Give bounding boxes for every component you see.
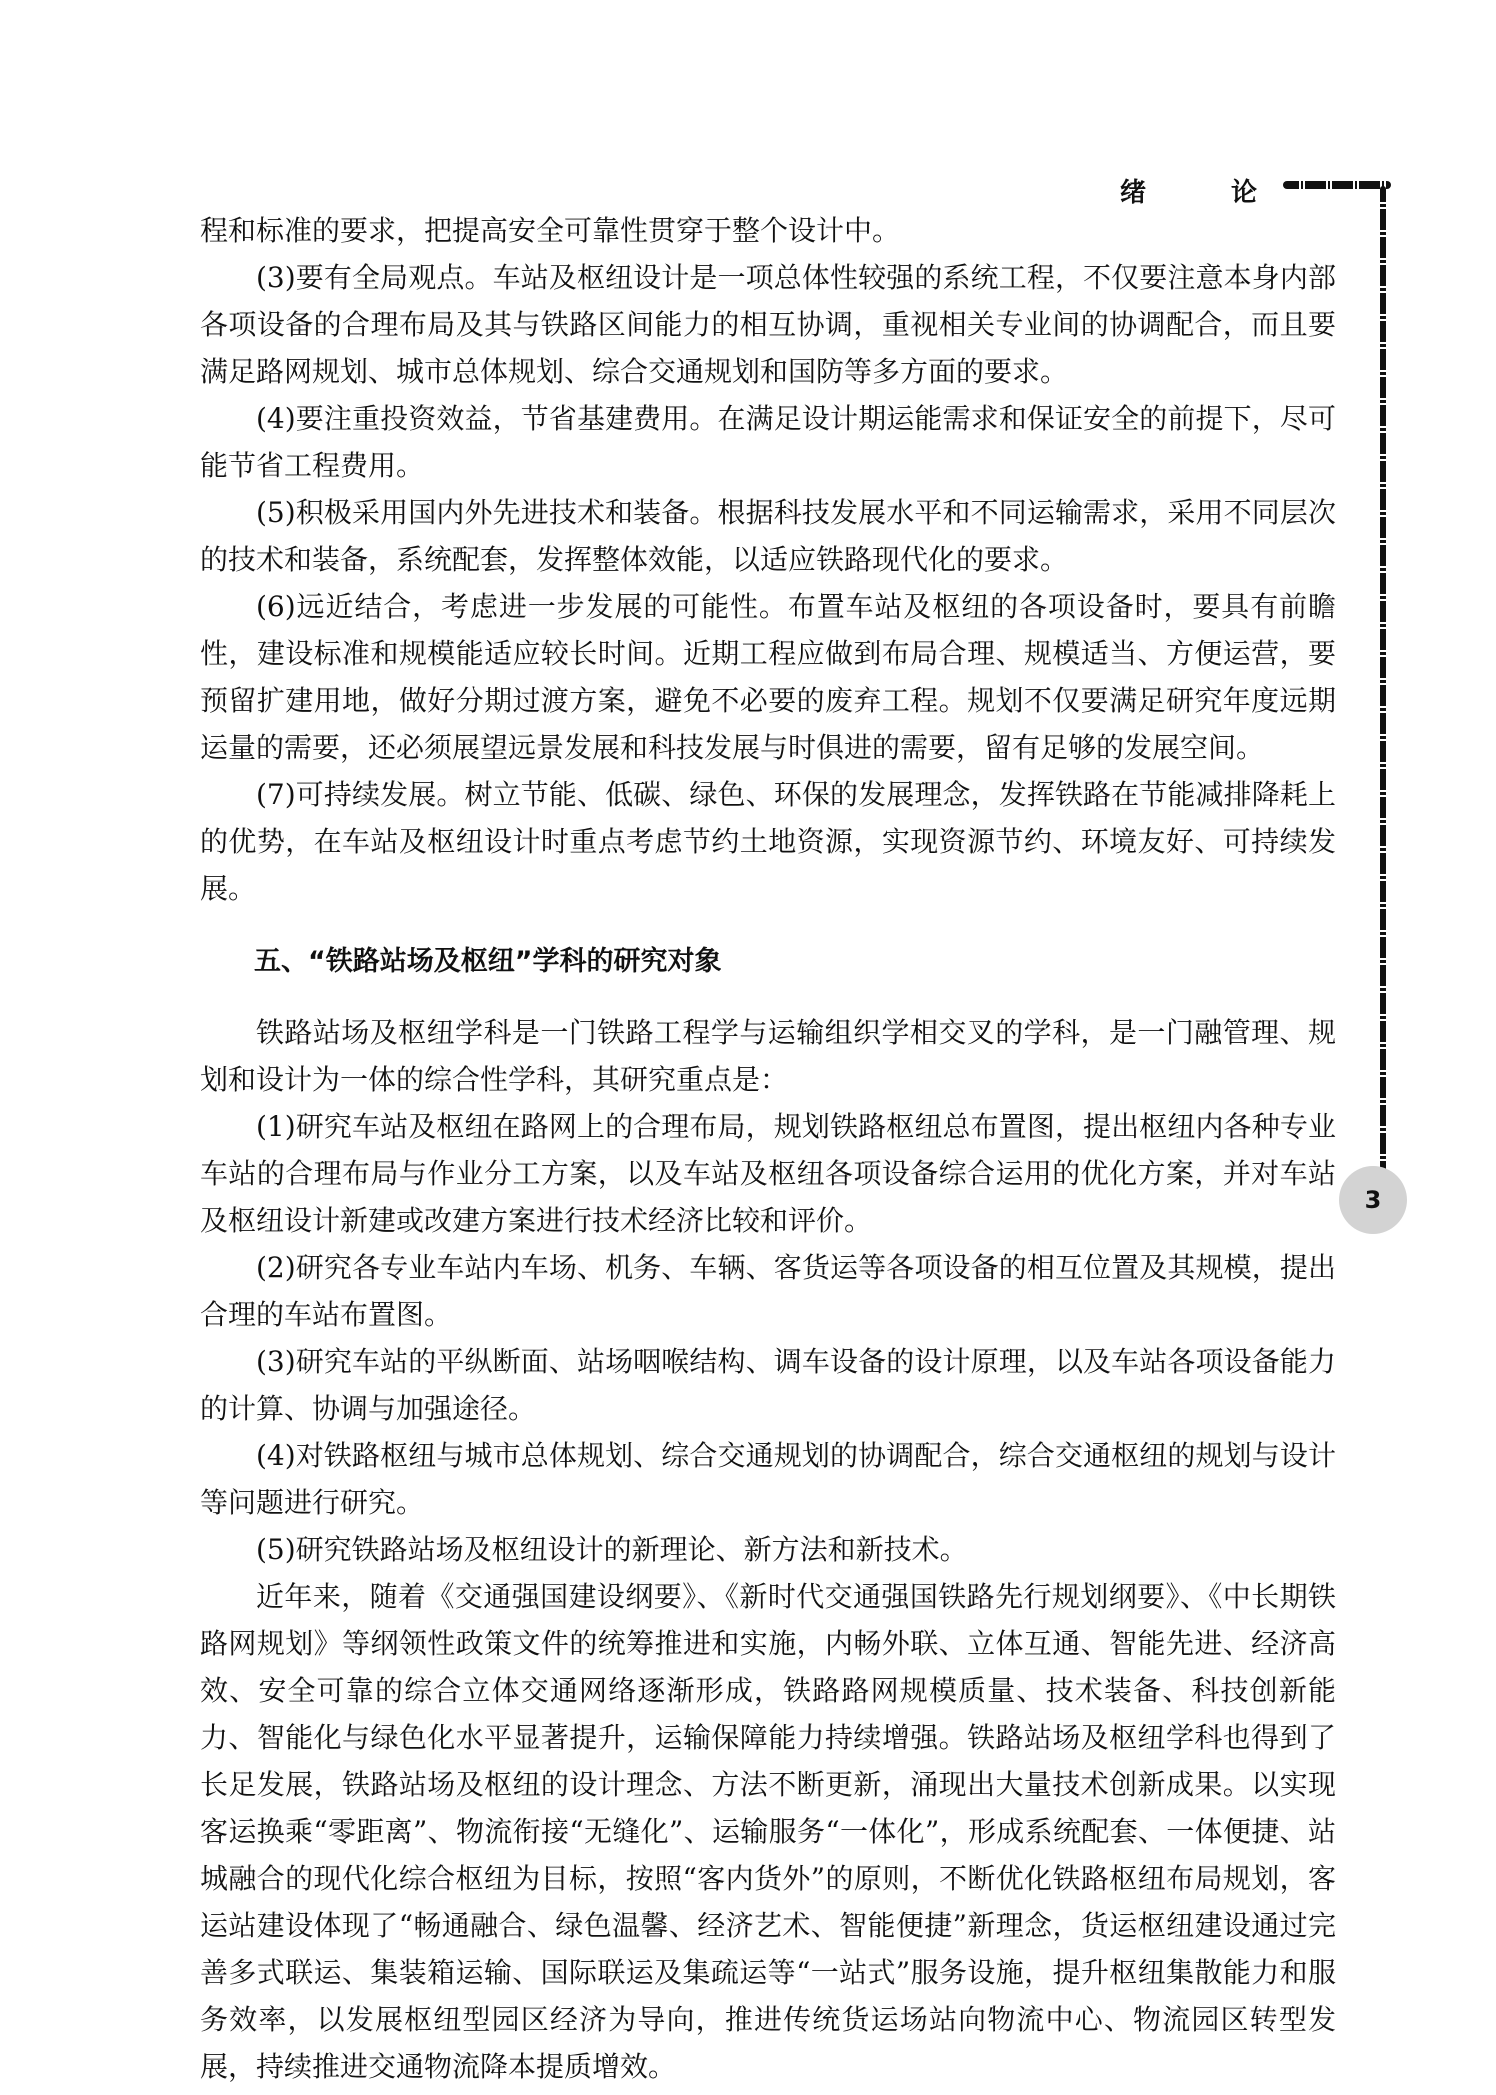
research-item-5: (5)研究铁路站场及枢纽设计的新理论、新方法和新技术。 [200,1526,1336,1573]
section-intro-paragraph: 铁路站场及枢纽学科是一门铁路工程学与运输组织学相交叉的学科，是一门融管理、规划和… [200,1009,1336,1103]
research-item-4: (4)对铁路枢纽与城市总体规划、综合交通规划的协调配合，综合交通枢纽的规划与设计… [200,1432,1336,1526]
decorative-chain-border-horizontal [1283,181,1391,189]
paragraph-principle-5: (5)积极采用国内外先进技术和装备。根据科技发展水平和不同运输需求，采用不同层次… [200,489,1336,583]
paragraph-principle-3: (3)要有全局观点。车站及枢纽设计是一项总体性较强的系统工程，不仅要注意本身内部… [200,254,1336,395]
paragraph-continuation: 程和标准的要求，把提高安全可靠性贯穿于整个设计中。 [200,207,1336,254]
page-body: 程和标准的要求，把提高安全可靠性贯穿于整个设计中。 (3)要有全局观点。车站及枢… [200,207,1336,2090]
chapter-title: 绪 论 [1120,172,1295,209]
section-heading: 五、“铁路站场及枢纽”学科的研究对象 [200,942,1336,982]
research-item-3: (3)研究车站的平纵断面、站场咽喉结构、调车设备的设计原理，以及车站各项设备能力… [200,1338,1336,1432]
research-item-2: (2)研究各专业车站内车场、机务、车辆、客货运等各项设备的相互位置及其规模，提出… [200,1244,1336,1338]
paragraph-principle-7: (7)可持续发展。树立节能、低碳、绿色、环保的发展理念，发挥铁路在节能减排降耗上… [200,771,1336,912]
decorative-chain-border-vertical [1380,186,1386,1171]
page-number-badge: 3 [1339,1166,1407,1234]
recent-developments-paragraph: 近年来，随着《交通强国建设纲要》、《新时代交通强国铁路先行规划纲要》、《中长期铁… [200,1573,1336,2090]
paragraph-principle-6: (6)远近结合，考虑进一步发展的可能性。布置车站及枢纽的各项设备时，要具有前瞻性… [200,583,1336,771]
research-item-1: (1)研究车站及枢纽在路网上的合理布局，规划铁路枢纽总布置图，提出枢纽内各种专业… [200,1103,1336,1244]
paragraph-principle-4: (4)要注重投资效益，节省基建费用。在满足设计期运能需求和保证安全的前提下，尽可… [200,395,1336,489]
